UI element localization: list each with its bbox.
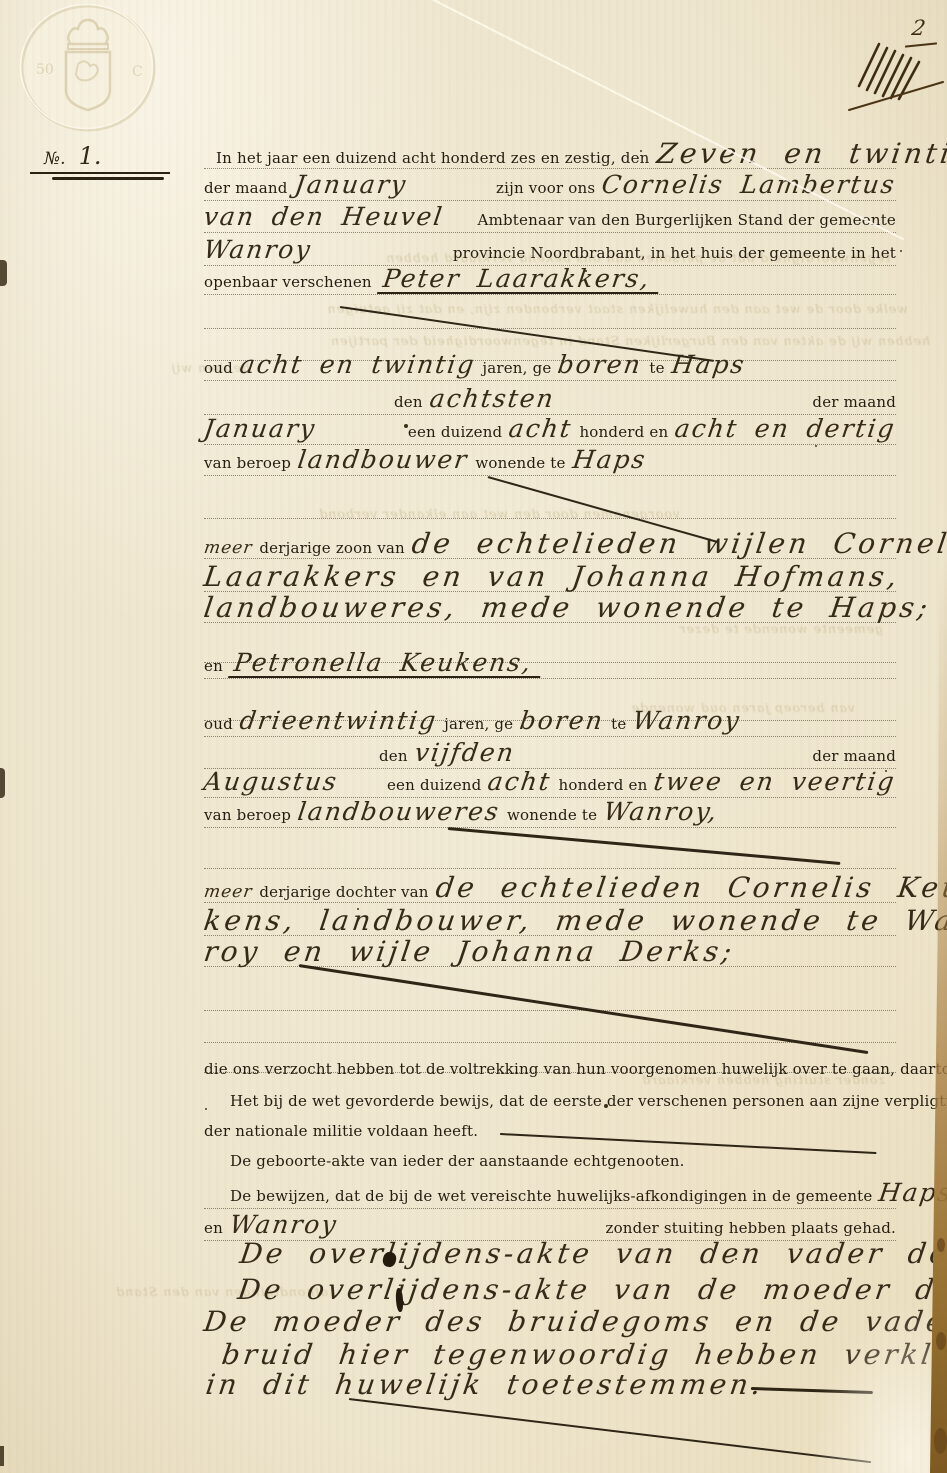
printed-text: jaren, ge (444, 715, 513, 733)
handwritten-text: boren (557, 352, 644, 377)
printed-text: wonende te (507, 806, 597, 824)
form-line-blank8 (204, 982, 896, 1018)
edge-stain (937, 1238, 945, 1252)
handwritten-text: de echtelieden Cornelis Keu„ (434, 874, 947, 902)
printed-text: jaren, ge (482, 359, 551, 377)
printed-text: derjarige zoon van (259, 539, 405, 557)
printed-text: oud (204, 359, 233, 377)
handwritten-text: acht en dertig (674, 416, 898, 441)
form-line-bride-intro: enPetronella Keukens, (204, 650, 896, 686)
handwritten-text: de echtelieden wijlen Cornelis (410, 530, 947, 558)
printed-text: honderd en (559, 776, 648, 794)
edge-mark (0, 260, 7, 286)
seal-currency-text: C (132, 64, 143, 80)
printed-text: der maand (812, 747, 896, 765)
handwritten-text: Cornelis Lambertus (601, 172, 898, 197)
handwritten-text: Wanroy (228, 1212, 339, 1237)
act-number-label: №. (44, 149, 66, 169)
seal-value-text: 50 (36, 62, 54, 78)
handwritten-text: Wanroy (202, 237, 313, 262)
printed-text: der maand (812, 393, 896, 411)
printed-text: De geboorte-akte van ieder der aanstaand… (230, 1152, 685, 1170)
fox-specks (585, 270, 587, 272)
handwritten-text: van den Heuvel (202, 204, 445, 229)
edge-mark (0, 1446, 4, 1466)
handwritten-text: roy en wijle Johanna Derks; (202, 938, 737, 966)
printed-text: der maand (204, 179, 288, 197)
form-line-bride-occ: van beroeplandbouwereswonende teWanroy, (204, 799, 896, 835)
marriage-record-page: 50 C 2 №. 1. tegenwoordigheid dat de per… (0, 0, 947, 1473)
act-number-value: 1. (79, 142, 102, 170)
printed-text: een duizend (408, 423, 503, 441)
act-number-block: №. 1. (44, 142, 174, 170)
printed-text: van beroep (204, 806, 291, 824)
printed-text: In het jaar een duizend acht honderd zes… (216, 149, 650, 167)
handwritten-text: acht (508, 416, 575, 441)
form-line-intro5: openbaar verschenenPeter Laarakkers, (204, 266, 896, 302)
handwritten-text: landbouwer (296, 447, 470, 472)
form-line-bride-age: ouddrieentwintigjaren, geborenteWanroy (204, 708, 896, 744)
form-line-hw1: De overlijdens-akte van den vader des Br… (204, 1240, 896, 1276)
act-number-rule-thick (52, 177, 164, 180)
handwritten-text: January (202, 416, 318, 441)
handwritten-text: De overlijdens-akte van de moeder der Br… (236, 1276, 947, 1304)
handwritten-text: Wanroy, (602, 799, 720, 824)
printed-text: te (611, 715, 626, 733)
printed-text: een duizend (387, 776, 482, 794)
handwritten-text: Petronella Keukens, (228, 650, 544, 678)
handwritten-text: twee en veertig (653, 769, 898, 794)
printed-text: provincie Noordbrabant, in het huis der … (453, 244, 896, 262)
handwritten-text: Augustus (202, 769, 340, 794)
form-line-groom-par3: landbouweres, mede wonende te Haps; (204, 594, 896, 630)
handwritten-text: De overlijdens-akte van den vader des Br… (238, 1240, 947, 1268)
handwritten-text: Peter Laarakkers, (377, 266, 662, 294)
printed-text: van beroep (204, 454, 291, 472)
printed-text: Ambtenaar van den Burgerlijken Stand der… (478, 211, 896, 229)
edge-stain (936, 1332, 946, 1350)
handwritten-text: boren (519, 708, 606, 733)
printed-text: den (394, 393, 423, 411)
form-line-groom-occ: van beroeplandbouwerwonende teHaps (204, 447, 896, 483)
form-lines: In het jaar een duizend acht honderd zes… (204, 0, 896, 1473)
printed-text: wonende te (475, 454, 565, 472)
form-line-groom-age: oudacht en twintigjaren, geborenteHaps (204, 352, 896, 388)
form-line-bride-par3: roy en wijle Johanna Derks; (204, 938, 896, 974)
printed-text: die ons verzocht hebben tot de voltrekki… (204, 1060, 947, 1078)
handwritten-text: acht (487, 769, 554, 794)
printed-text: zijn voor ons (496, 179, 595, 197)
edge-mark (0, 768, 5, 798)
printed-text: honderd en (579, 423, 668, 441)
handwritten-text: landbouweres (296, 799, 501, 824)
handwritten-text: Zeven en twintigsten (655, 140, 947, 168)
printed-text: en (204, 1219, 223, 1237)
printed-text: der nationale militie voldaan heeft. (204, 1122, 478, 1140)
printed-text: en (204, 657, 223, 675)
printed-text: te (649, 359, 664, 377)
form-line-request: die ons verzocht hebben tot de voltrekki… (204, 1060, 896, 1096)
handwritten-text: Laarakkers en van Johanna Hofmans, (202, 563, 902, 591)
handwritten-text: Wanroy (632, 708, 743, 733)
handwritten-text: landbouweres, mede wonende te Haps; (202, 594, 932, 622)
printed-text: derjarige dochter van (259, 883, 428, 901)
printed-text: oud (204, 715, 233, 733)
handwritten-text: meer (203, 540, 254, 557)
printed-text: zonder stuiting hebben plaats gehad. (605, 1219, 896, 1237)
handwritten-text: achtsten (428, 386, 556, 411)
handwritten-text: meer (203, 884, 254, 901)
handwritten-text: vijfden (413, 740, 517, 765)
printed-text: De bewijzen, dat de bij de wet vereischt… (230, 1187, 872, 1205)
printed-text: Het bij de wet gevorderde bewijs, dat de… (230, 1092, 947, 1110)
handwritten-text: acht en twintig (238, 352, 477, 377)
handwritten-text: Haps (571, 447, 648, 472)
printed-text: den (379, 747, 408, 765)
handwritten-text: drieentwintig (238, 708, 439, 733)
paper-highlight (813, 1303, 933, 1473)
edge-stain (934, 1428, 947, 1454)
handwritten-text: kens, landbouwer, mede wonende te Wan„ (202, 907, 947, 935)
handwritten-text: in dit huwelijk toetestemmen. (204, 1371, 766, 1399)
printed-text: openbaar verschenen (204, 273, 372, 291)
handwritten-text: January (293, 172, 409, 197)
act-number-rule-thin (30, 172, 170, 174)
form-line-blank1 (204, 300, 896, 336)
